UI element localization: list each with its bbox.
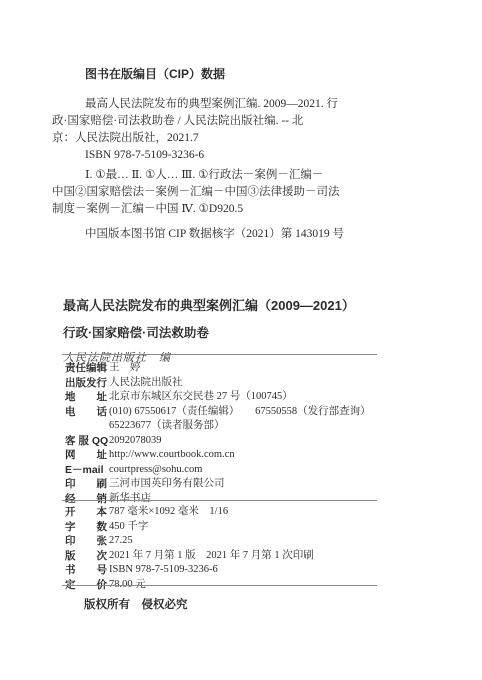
- info-row-value: (010) 67550617（责任编辑） 67550558（发行部查询）: [109, 406, 371, 419]
- info-row-value: courtpress@sohu.com: [109, 464, 202, 477]
- info-row-value: 27.25: [109, 535, 133, 548]
- info-row-value: 王 婷: [109, 362, 141, 375]
- info-row-label: 印 张: [65, 535, 109, 548]
- cip-header: 图书在版编目（CIP）数据: [52, 66, 387, 83]
- cip-classification-line: Ⅰ. ①最… Ⅱ. ①人… Ⅲ. ①行政法－案例－汇编－: [52, 167, 387, 184]
- info-row-label: 经 销: [65, 493, 109, 506]
- info-row-sheets: 印 张 27.25: [65, 535, 455, 548]
- book-title: 最高人民法院发布的典型案例汇编（2009—2021）: [63, 295, 423, 314]
- info-row-distributor: 经 销 新华书店: [65, 493, 455, 506]
- info-row-website: 网 址 http://www.courtbook.com.cn: [65, 449, 455, 462]
- info-row-value: 787 毫米×1092 毫米 1/16: [109, 506, 228, 519]
- info-row-label: 电 话: [65, 406, 109, 419]
- book-copyright-page: 图书在版编目（CIP）数据 最高人民法院发布的典型案例汇编. 2009—2021…: [0, 0, 482, 680]
- info-row-label: 字 数: [65, 521, 109, 534]
- divider-middle: [62, 500, 377, 501]
- info-row-label: 出版发行: [65, 377, 109, 390]
- info-row-email: E－mail courtpress@sohu.com: [65, 464, 455, 477]
- cip-record-line: 政·国家赔偿·司法救助卷 / 人民法院出版社编. -- 北: [52, 113, 387, 130]
- cip-catalog-number: 中国版本图书馆 CIP 数据核字（2021）第 143019 号: [52, 226, 387, 243]
- info-row-label: 开 本: [65, 506, 109, 519]
- publication-info: 责任编辑 王 婷 出版发行 人民法院出版社 地 址 北京市东城区东交民巷 27 …: [65, 362, 455, 507]
- cip-classification-line: 制度－案例－汇编－中国 Ⅳ. ①D920.5: [52, 201, 387, 218]
- cip-record-line: 最高人民法院发布的典型案例汇编. 2009—2021. 行: [52, 96, 387, 113]
- cip-block: 图书在版编目（CIP）数据 最高人民法院发布的典型案例汇编. 2009—2021…: [52, 66, 387, 243]
- info-row-label: 网 址: [65, 449, 109, 462]
- cip-record-line: 京：人民法院出版社，2021.7: [52, 130, 387, 147]
- info-row-label: 客 服 QQ: [65, 435, 109, 448]
- copyright-notice: 版权所有 侵权必究: [84, 596, 188, 612]
- info-row-label: 版 次: [65, 550, 109, 563]
- info-row-label: 印 刷: [65, 478, 109, 491]
- info-row-value: 人民法院出版社: [109, 377, 183, 390]
- info-row-label: 责任编辑: [65, 362, 109, 375]
- info-row-value: 2021 年 7 月第 1 版 2021 年 7 月第 1 次印刷: [109, 550, 314, 563]
- book-subtitle: 行政·国家赔偿·司法救助卷: [63, 323, 423, 341]
- info-row-value: 450 千字: [109, 521, 148, 534]
- info-row-label: E－mail: [65, 464, 109, 477]
- info-row-value: 三河市国英印务有限公司: [109, 478, 225, 491]
- divider-top: [62, 354, 377, 355]
- cip-isbn-line: ISBN 978-7-5109-3236-6: [52, 147, 387, 164]
- info-row-edition: 版 次 2021 年 7 月第 1 版 2021 年 7 月第 1 次印刷: [65, 550, 455, 563]
- info-row-publisher: 出版发行 人民法院出版社: [65, 377, 455, 390]
- info-row-phone: 电 话 (010) 67550617（责任编辑） 67550558（发行部查询）: [65, 406, 455, 419]
- info-row-label: 书 号: [65, 564, 109, 577]
- print-info: 开 本 787 毫米×1092 毫米 1/16 字 数 450 千字 印 张 2…: [65, 506, 455, 593]
- info-row-printer: 印 刷 三河市国英印务有限公司: [65, 478, 455, 491]
- info-row-value: 新华书店: [109, 493, 151, 506]
- info-row-label: 地 址: [65, 391, 109, 404]
- info-row-value: ISBN 978-7-5109-3236-6: [109, 564, 218, 577]
- info-row-phone-cont: 65223677（读者服务部）: [65, 420, 455, 433]
- info-row-wordcount: 字 数 450 千字: [65, 521, 455, 534]
- info-row-qq: 客 服 QQ 2092078039: [65, 435, 455, 448]
- divider-bottom: [62, 585, 377, 586]
- info-row-format: 开 本 787 毫米×1092 毫米 1/16: [65, 506, 455, 519]
- cip-classification-line: 中国②国家赔偿法－案例－汇编－中国③法律援助－司法: [52, 184, 387, 201]
- info-row-value: 北京市东城区东交民巷 27 号（100745）: [109, 391, 293, 404]
- info-row-value: 2092078039: [109, 435, 162, 448]
- info-row-editor: 责任编辑 王 婷: [65, 362, 455, 375]
- info-row-value: http://www.courtbook.com.cn: [109, 449, 235, 462]
- info-row-isbn: 书 号 ISBN 978-7-5109-3236-6: [65, 564, 455, 577]
- info-row-address: 地 址 北京市东城区东交民巷 27 号（100745）: [65, 391, 455, 404]
